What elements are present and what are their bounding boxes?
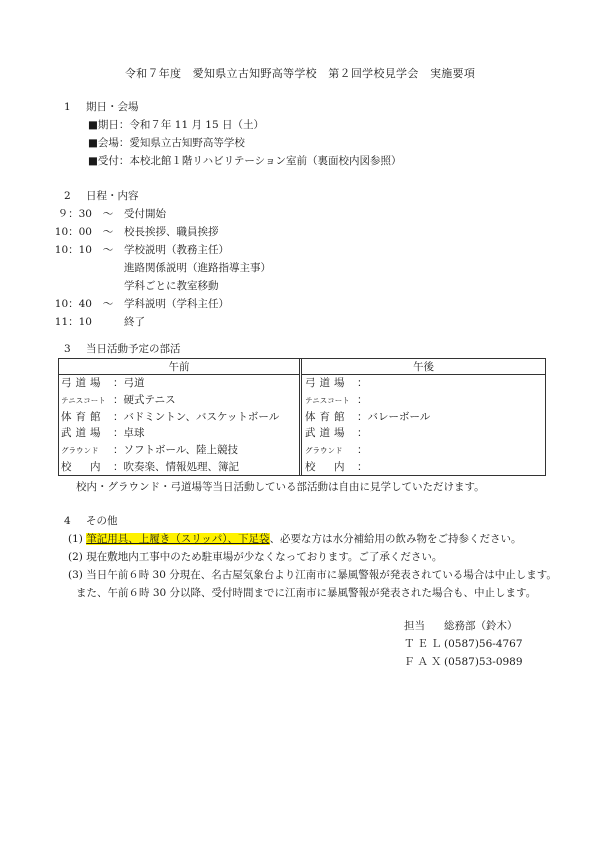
other-item: (2) 現在敷地内工事中のため駐車場が少なくなっております。ご了承ください。: [68, 552, 442, 563]
schedule-time: 11：10: [44, 317, 92, 328]
section-2-heading: 2日程・内容: [64, 191, 139, 202]
table-row: 弓道場：: [305, 375, 543, 392]
place-label: 弓道場: [61, 375, 113, 392]
column-divider: [299, 359, 300, 475]
club-activities-table: 午前 午後 弓道場：弓道 テニスコート：硬式テニス 体育館：バドミントン、バスケ…: [58, 358, 546, 476]
section-number: 4: [64, 516, 86, 527]
date-item: ■期日：令和７年 11 月 15 日（土）: [88, 120, 264, 131]
schedule-text: 進路関係説明（進路指導主事）: [124, 262, 271, 274]
contact-value: 総務部（鈴木）: [444, 621, 518, 632]
schedule-tilde: ～: [92, 299, 124, 310]
place-label: グラウンド: [305, 443, 357, 460]
table-header-pm: 午後: [302, 359, 545, 375]
schedule-text: 校長挨拶、職員挨拶: [124, 226, 219, 238]
section-title: その他: [86, 515, 118, 527]
activity-value: ：卓球: [113, 427, 145, 439]
table-row: テニスコート：硬式テニス: [61, 392, 297, 409]
schedule-text: 学校説明（教務主任）: [124, 244, 229, 256]
schedule-tilde: ～: [92, 245, 124, 256]
place-label: 体育館: [61, 409, 113, 426]
table-row: 武道場：: [305, 425, 543, 442]
schedule-text: 受付開始: [124, 208, 166, 220]
activity-value: ：バレーボール: [357, 411, 430, 423]
activity-value: ：: [357, 394, 368, 406]
column-divider: [301, 359, 302, 475]
activity-value: ：: [357, 377, 368, 389]
place-label: 武道場: [305, 425, 357, 442]
schedule-tilde: ～: [92, 227, 124, 238]
highlighted-text: 筆記用具、上履き（スリッパ）、下足袋: [86, 533, 269, 545]
contact-label: ＴＥＬ: [404, 639, 445, 650]
section-1-heading: 1期日・会場: [64, 102, 139, 113]
place-label: 体育館: [305, 409, 357, 426]
reception-item: ■受付：本校北館１階リハビリテーション室前（裏面校内図参照）: [88, 156, 401, 167]
schedule-row: 学科ごとに教室移動: [44, 281, 219, 292]
item-text: 現在敷地内工事中のため駐車場が少なくなっております。ご了承ください。: [86, 551, 442, 563]
table-row: 校 内：: [305, 459, 543, 476]
activity-value: ：: [357, 461, 368, 473]
place-label: テニスコート: [61, 393, 113, 410]
item-text: 、必要な方は水分補給用の飲み物をご持参ください。: [270, 533, 522, 545]
schedule-row: 11：10終了: [44, 317, 145, 328]
section-title: 期日・会場: [86, 101, 139, 113]
contact-label: ＦＡＸ: [404, 657, 445, 668]
section-number: 1: [64, 102, 86, 113]
pm-column: 弓道場： テニスコート： 体育館：バレーボール 武道場： グラウンド： 校 内：: [305, 375, 543, 476]
place-label: 弓道場: [305, 375, 357, 392]
table-row: グラウンド：ソフトボール、陸上競技: [61, 442, 297, 459]
table-row: 弓道場：弓道: [61, 375, 297, 392]
table-note: 校内・グラウンド・弓道場等当日活動している部活動は自由に見学していただけます。: [76, 482, 485, 493]
activity-value: ：バドミントン、バスケットボール: [113, 411, 279, 423]
activity-value: ：吹奏楽、情報処理、簿記: [113, 461, 239, 473]
fax-value: (0587)53-0989: [444, 657, 523, 668]
item-label: (3): [68, 569, 83, 581]
table-row: 校 内：吹奏楽、情報処理、簿記: [61, 459, 297, 476]
place-label: 校 内: [305, 459, 357, 476]
schedule-tilde: ～: [92, 209, 124, 220]
schedule-time: 10：00: [44, 227, 92, 238]
place-label: 武道場: [61, 425, 113, 442]
schedule-text: 終了: [124, 316, 145, 328]
section-title: 当日活動予定の部活: [86, 343, 181, 355]
schedule-time: 10：40: [44, 299, 92, 310]
schedule-row: 進路関係説明（進路指導主事）: [44, 263, 271, 274]
other-item: (1) 筆記用具、上履き（スリッパ）、下足袋、必要な方は水分補給用の飲み物をご持…: [68, 534, 522, 545]
schedule-time: ９：30: [44, 209, 92, 220]
schedule-text: 学科ごとに教室移動: [124, 280, 219, 292]
table-row: 武道場：卓球: [61, 425, 297, 442]
section-title: 日程・内容: [86, 190, 139, 202]
schedule-row: ９：30～受付開始: [44, 209, 166, 220]
item-label: (1): [68, 533, 83, 545]
place-label: テニスコート: [305, 393, 357, 410]
document-title: 令和７年度 愛知県立古知野高等学校 第２回学校見学会 実施要項: [0, 68, 600, 79]
section-number: 3: [64, 344, 86, 355]
table-row: 体育館：バドミントン、バスケットボール: [61, 409, 297, 426]
other-item-continuation: また、午前６時 30 分以降、受付時間までに江南市に暴風警報が発表された場合も、…: [76, 588, 536, 599]
schedule-row: 10：00～校長挨拶、職員挨拶: [44, 227, 219, 238]
table-row: グラウンド：: [305, 442, 543, 459]
am-column: 弓道場：弓道 テニスコート：硬式テニス 体育館：バドミントン、バスケットボール …: [61, 375, 297, 476]
place-label: グラウンド: [61, 443, 113, 460]
activity-value: ：弓道: [113, 377, 145, 389]
contact-label: 担当: [404, 621, 425, 632]
activity-value: ：ソフトボール、陸上競技: [113, 444, 238, 456]
schedule-time: 10：10: [44, 245, 92, 256]
section-4-heading: 4その他: [64, 516, 118, 527]
table-row: テニスコート：: [305, 392, 543, 409]
place-label: 校 内: [61, 459, 113, 476]
schedule-row: 10：10～学校説明（教務主任）: [44, 245, 229, 256]
schedule-text: 学科説明（学科主任）: [124, 298, 229, 310]
item-text: 当日午前６時 30 分現在、名古屋気象台より江南市に暴風警報が発表されている場合…: [86, 569, 557, 581]
activity-value: ：: [357, 427, 368, 439]
other-item: (3) 当日午前６時 30 分現在、名古屋気象台より江南市に暴風警報が発表されて…: [68, 570, 557, 581]
activity-value: ：: [357, 444, 368, 456]
table-header-am: 午前: [59, 359, 299, 375]
table-row: 体育館：バレーボール: [305, 409, 543, 426]
section-number: 2: [64, 191, 86, 202]
section-3-heading: 3当日活動予定の部活: [64, 344, 181, 355]
venue-item: ■会場：愛知県立古知野高等学校: [88, 138, 245, 149]
item-label: (2): [68, 551, 83, 563]
schedule-row: 10：40～学科説明（学科主任）: [44, 299, 229, 310]
tel-value: (0587)56-4767: [444, 639, 523, 650]
activity-value: ：硬式テニス: [113, 394, 176, 406]
